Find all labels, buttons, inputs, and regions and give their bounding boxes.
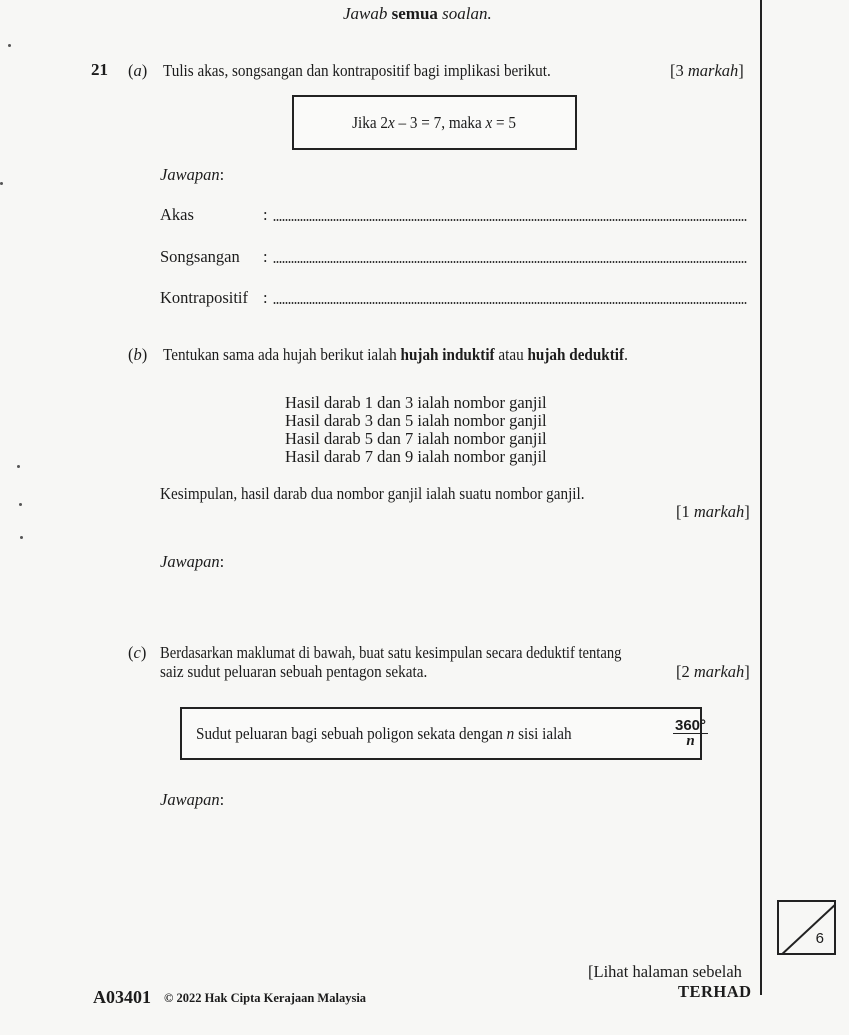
paper-code: A03401: [93, 987, 151, 1008]
exterior-angle-box: Sudut peluaran bagi sebuah poligon sekat…: [180, 707, 702, 760]
page-instruction: Jawab semua soalan.: [343, 4, 492, 24]
classification-label: TERHAD: [678, 982, 752, 1002]
argument-premises: Hasil darab 1 dan 3 ialah nombor ganjil …: [285, 394, 547, 466]
diagonal-line: [779, 902, 836, 955]
scan-speck: [19, 503, 22, 506]
implication-statement: Jika 2x – 3 = 7, maka x = 5: [353, 113, 517, 133]
answer-heading-c: Jawapan:: [160, 790, 224, 810]
part-c-question-line1: Berdasarkan maklumat di bawah, buat satu…: [160, 643, 621, 663]
instruction-text: semua: [392, 4, 438, 23]
answer-heading-b: Jawapan:: [160, 552, 224, 572]
question-number: 21: [91, 60, 108, 80]
part-c-label: (c): [128, 643, 146, 663]
premise-line: Hasil darab 3 dan 5 ialah nombor ganjil: [285, 412, 547, 430]
akas-answer-line[interactable]: [273, 219, 747, 221]
answer-heading-a: Jawapan:: [160, 165, 224, 185]
copyright-notice: © 2022 Hak Cipta Kerajaan Malaysia: [164, 991, 366, 1006]
akas-colon: :: [263, 205, 268, 225]
premise-line: Hasil darab 1 dan 3 ialah nombor ganjil: [285, 394, 547, 412]
fraction: 360° n: [673, 718, 708, 749]
akas-label: Akas: [160, 205, 194, 225]
part-b-marks: [1 markah]: [676, 502, 750, 522]
implication-box: Jika 2x – 3 = 7, maka x = 5: [292, 95, 577, 150]
kontrapositif-label: Kontrapositif: [160, 288, 248, 308]
part-a-question: Tulis akas, songsangan dan kontrapositif…: [163, 61, 551, 81]
total-marks: 6: [816, 930, 824, 947]
premise-line: Hasil darab 7 dan 9 ialah nombor ganjil: [285, 448, 547, 466]
premise-line: Hasil darab 5 dan 7 ialah nombor ganjil: [285, 430, 547, 448]
songsangan-colon: :: [263, 247, 268, 267]
part-c-question-line2: saiz sudut peluaran sebuah pentagon seka…: [160, 662, 427, 682]
answer-row-songsangan: Songsangan: [160, 247, 240, 267]
songsangan-answer-line[interactable]: [273, 261, 747, 263]
argument-conclusion: Kesimpulan, hasil darab dua nombor ganji…: [160, 484, 585, 504]
scan-speck: [0, 182, 3, 185]
next-page-note: [Lihat halaman sebelah: [588, 962, 742, 982]
part-b-label: (b): [128, 345, 147, 365]
instruction-text: soalan.: [442, 4, 492, 23]
fraction-denominator: n: [686, 734, 694, 749]
part-b-question: Tentukan sama ada hujah berikut ialah hu…: [163, 345, 628, 365]
scan-speck: [8, 44, 11, 47]
part-a-label: (a): [128, 61, 147, 81]
answer-row-kontrapositif: Kontrapositif: [160, 288, 248, 308]
scan-speck: [17, 465, 20, 468]
scan-speck: [20, 536, 23, 539]
answer-row-akas: Akas: [160, 205, 194, 225]
part-c-marks: [2 markah]: [676, 662, 750, 682]
margin-line: [760, 0, 762, 995]
songsangan-label: Songsangan: [160, 247, 240, 267]
kontrapositif-colon: :: [263, 288, 268, 308]
part-a-marks: [3 markah]: [670, 61, 744, 81]
fraction-numerator: 360°: [673, 718, 708, 734]
exterior-angle-statement: Sudut peluaran bagi sebuah poligon sekat…: [196, 724, 572, 744]
marks-score-box: 6: [777, 900, 836, 955]
kontrapositif-answer-line[interactable]: [273, 302, 747, 304]
instruction-text: Jawab: [343, 4, 387, 23]
